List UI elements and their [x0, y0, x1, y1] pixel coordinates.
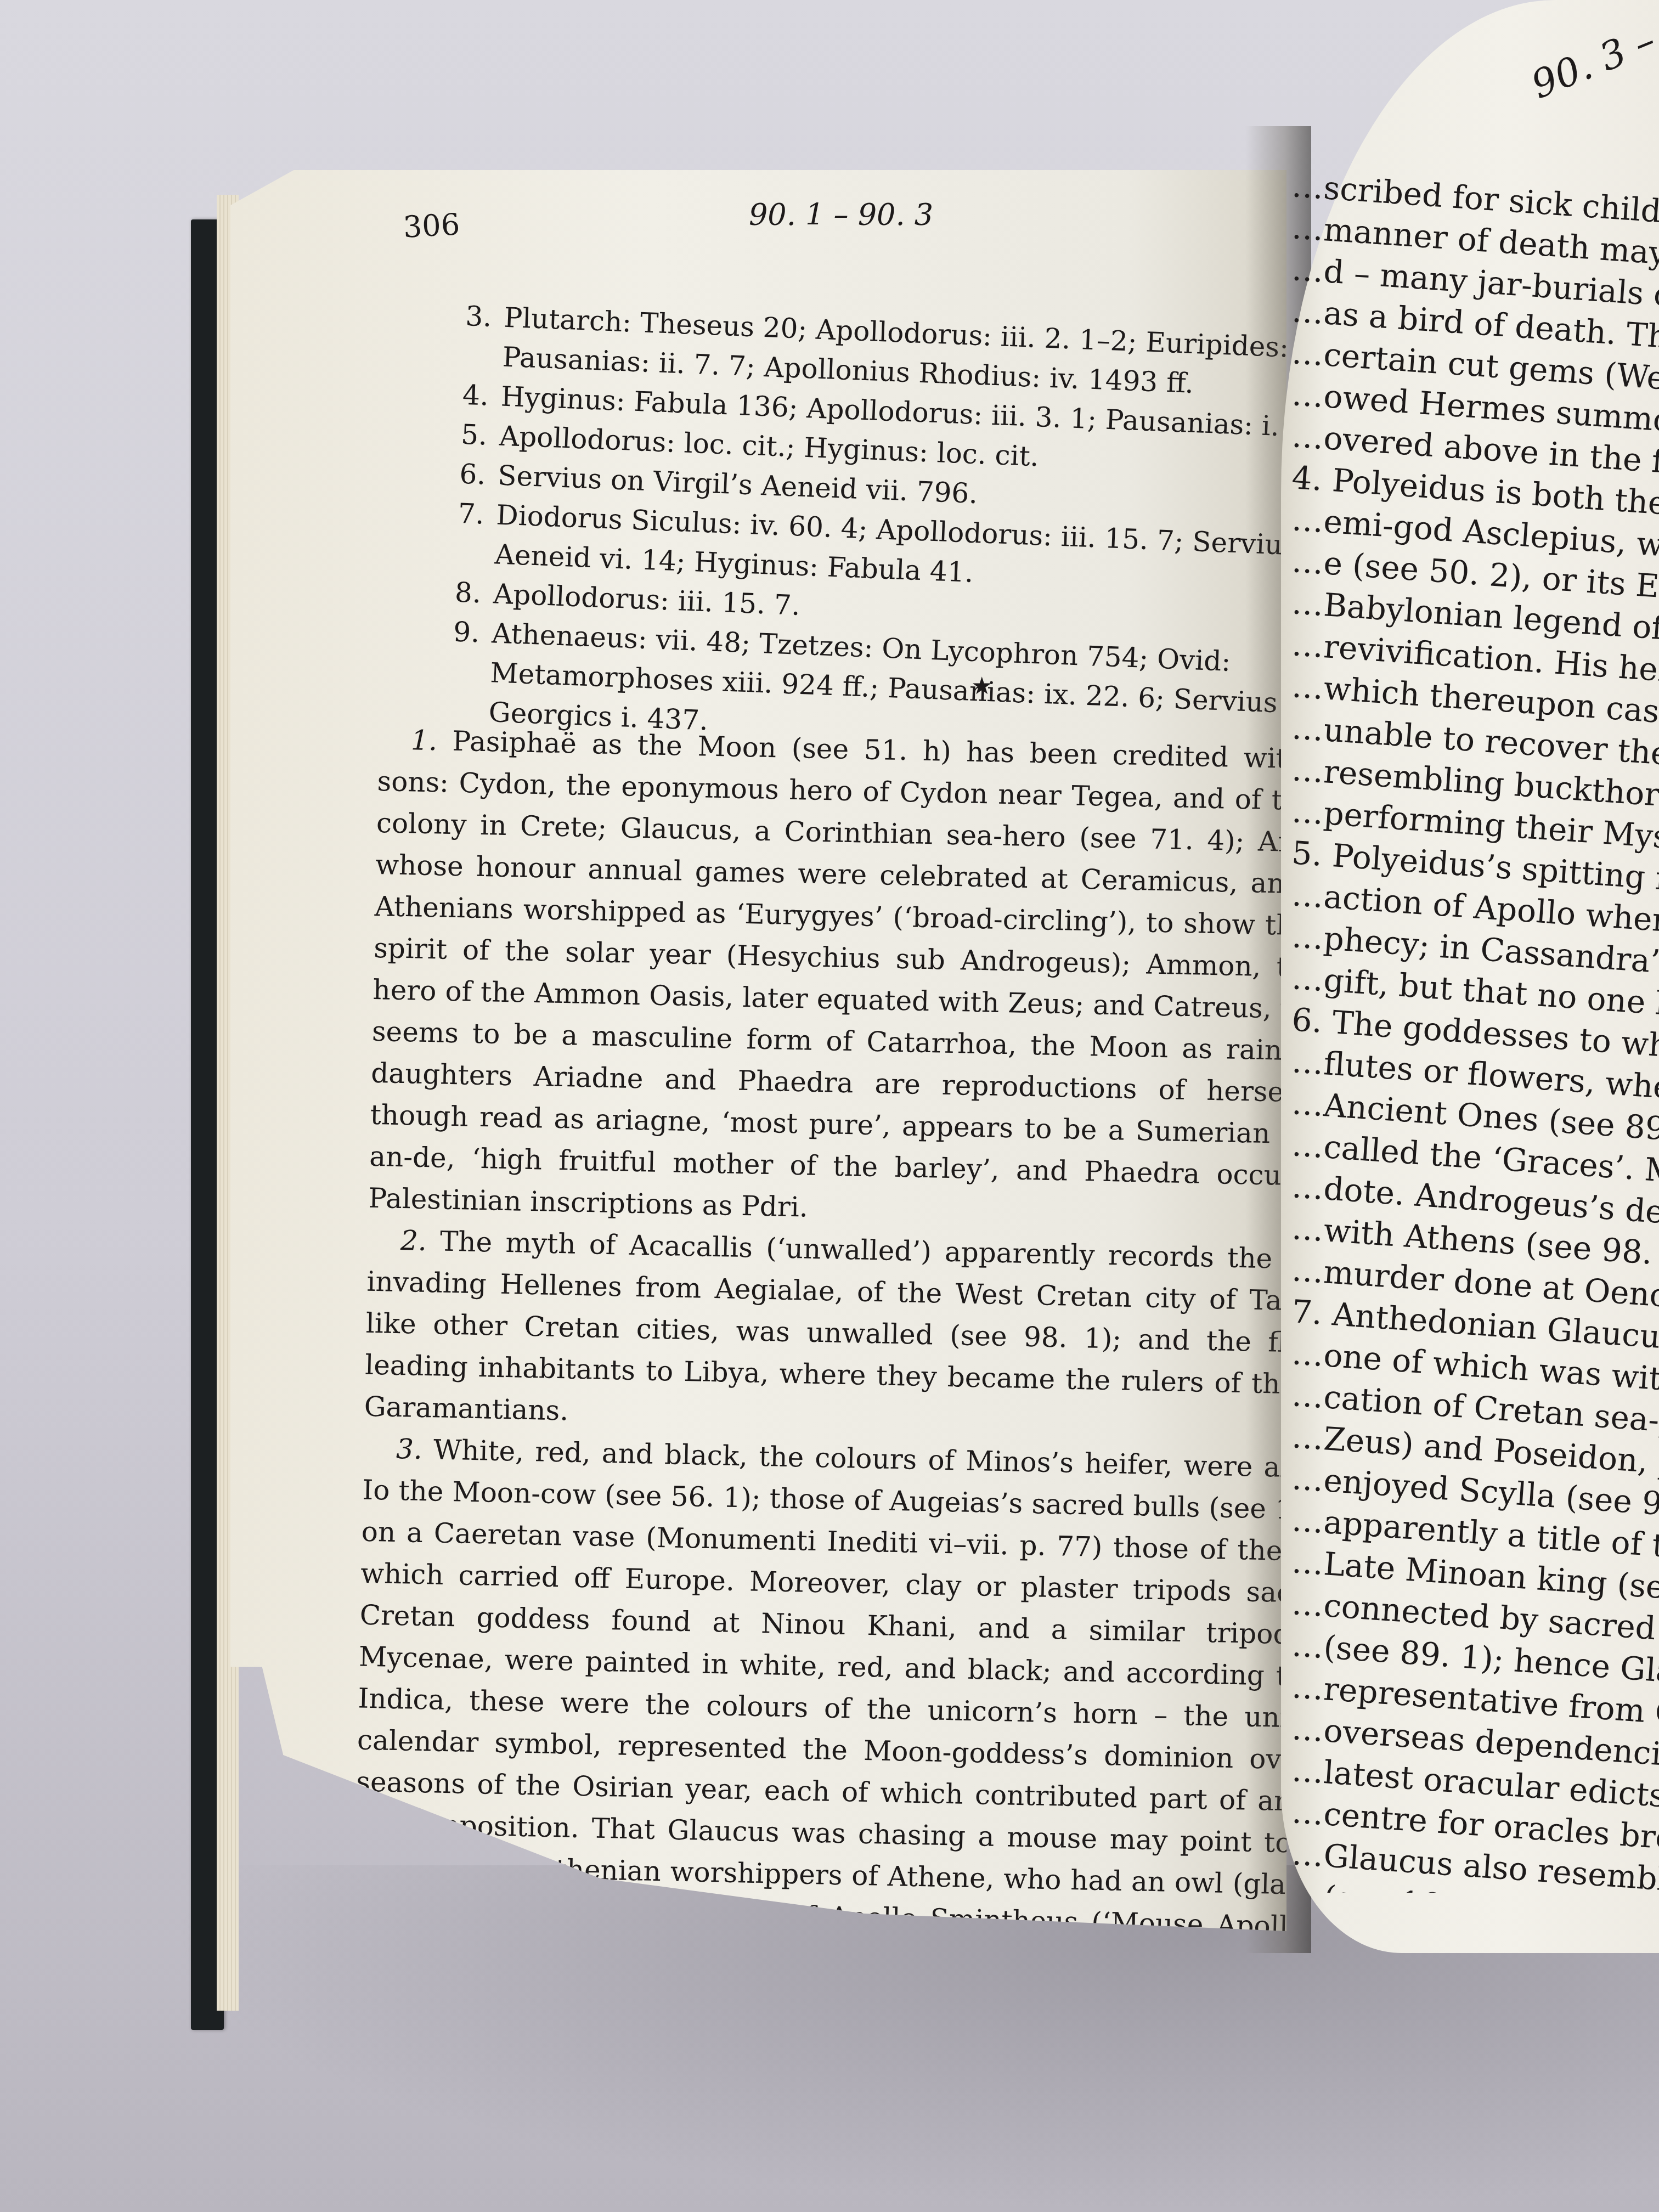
note-number: 5. — [460, 415, 500, 456]
note-number: 9. — [450, 612, 493, 732]
star-separator-icon: ★ — [971, 672, 992, 700]
paragraph-number: 3. — [396, 1433, 423, 1465]
note-number: 8. — [454, 573, 494, 614]
paragraph-number: 1. — [411, 724, 438, 757]
right-page-text: …scribed for sick children in the a…mann… — [1292, 165, 1659, 1893]
note-number: 3. — [463, 296, 504, 377]
page-number: 306 — [402, 207, 460, 244]
left-page: 306 90. 1 – 90. 3 3. Plutarch: Theseus 2… — [230, 170, 1286, 1931]
paragraph-number: 2. — [400, 1224, 427, 1257]
section-reference: 90. 1 – 90. 3 — [749, 198, 933, 232]
note-number: 7. — [456, 494, 497, 574]
note-number: 4. — [462, 375, 502, 416]
note-number: 6. — [459, 454, 499, 495]
